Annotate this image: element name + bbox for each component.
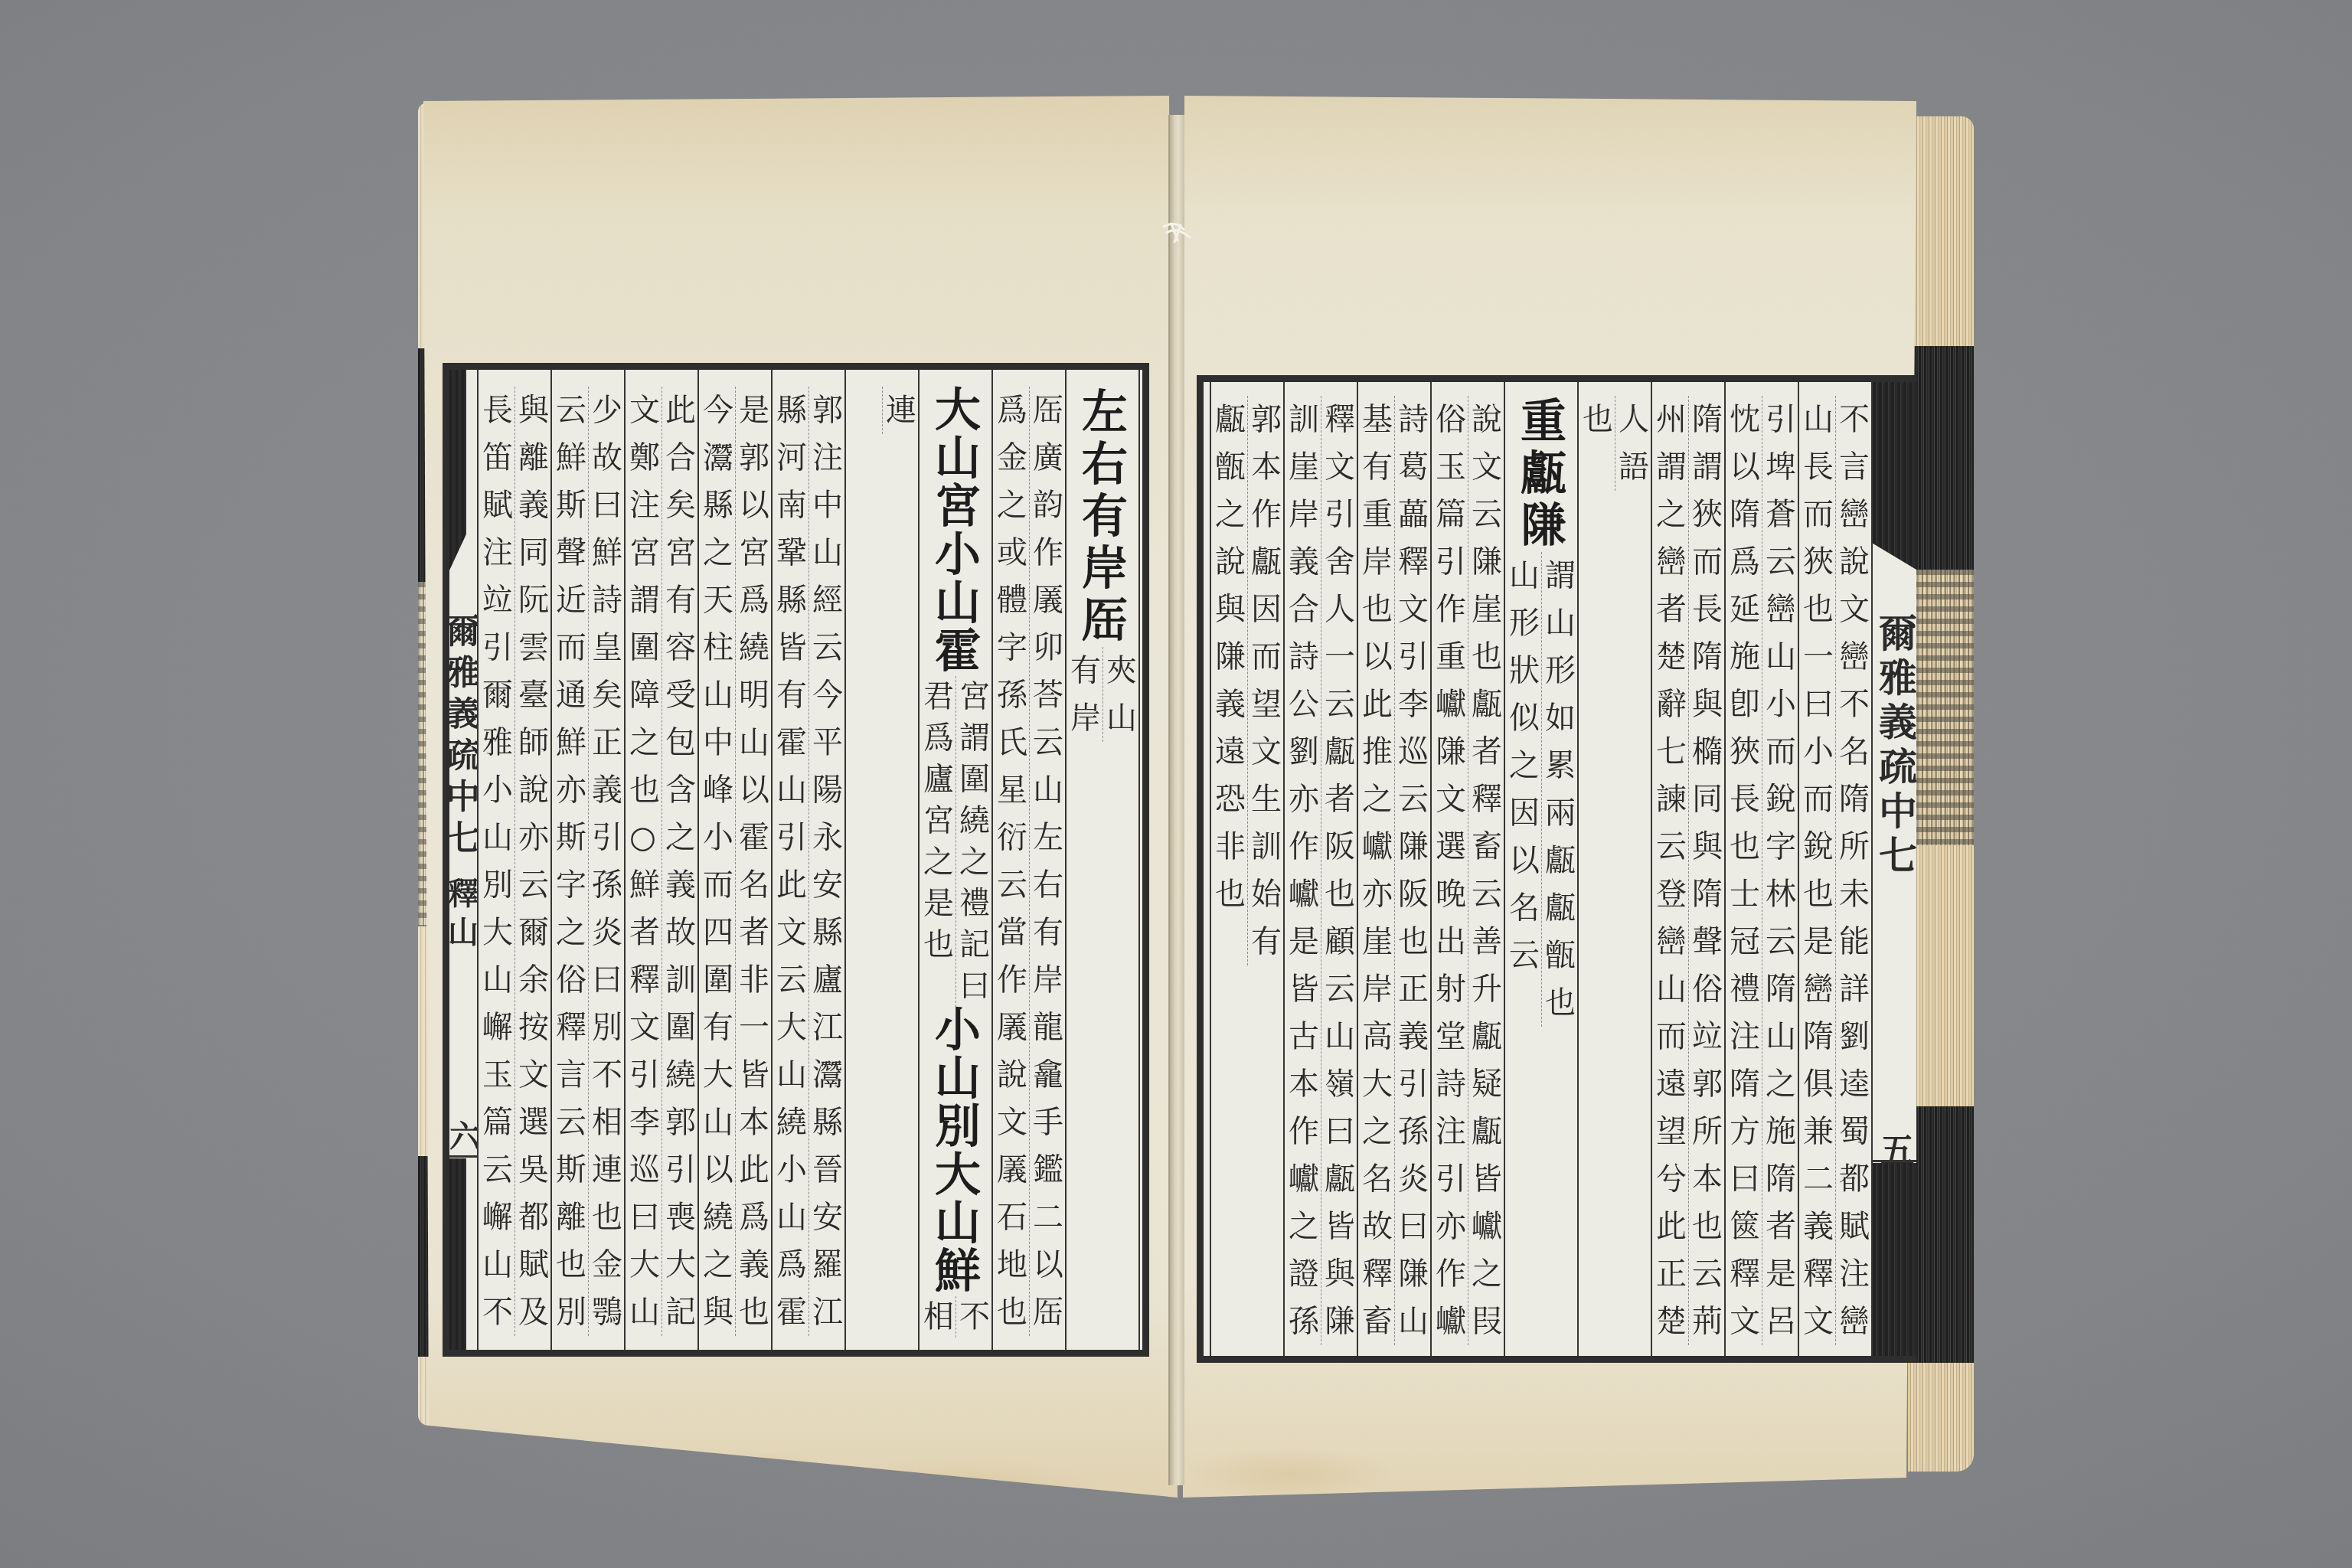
- commentary-right-subcolumn: 釋文引舍人一云甗者阪也顧云山嶺曰甗皆與隒: [1321, 396, 1356, 1345]
- right-page-stack-edges: [1908, 116, 1974, 1472]
- commentary-right-subcolumn: 詩葛藟釋文引李巡云隒阪也正義引孫炎曰隒山: [1394, 396, 1429, 1345]
- xiangbi-black-band: [1873, 1163, 1916, 1356]
- commentary-left-subcolumn: 長笛賦注竝引爾雅小山別大山嶰玉篇云嶰山不: [479, 387, 514, 1336]
- commentary-left-subcolumn: 州謂之巒者楚辭七諫云登巒山而遠望兮此正楚: [1653, 396, 1688, 1345]
- left-page-columns: 左右有岸厒 夾山 有岸 厒廣韵作㕒卯荅云山左右有岸龍龕手鑑二以厒 爲金之或體字孫…: [477, 370, 1140, 1350]
- commentary-right-subcolumn: 與離義同阮雲臺師說亦云爾余按文選吳都賦及: [514, 387, 550, 1336]
- commentary-block: 郭本作甗因而望文生訓始有 甗甑之說與隒義遠恐非也: [1212, 396, 1282, 965]
- commentary-left-subcolumn: 山長而狹也一曰小而銳也是巒隋俱兼二義釋文: [1800, 396, 1835, 1345]
- fish-tail-rule: [1873, 1160, 1916, 1162]
- commentary-block: 連: [847, 387, 917, 434]
- xiangbi-black-band: [449, 1158, 466, 1350]
- text-column: 是郭以宮爲繞明山以霍名者非一皆本此爲義也 今灊縣之天柱山中峰小而四圍有大山以繞之…: [697, 370, 771, 1350]
- commentary-block: 不言巒說文巒不名隋所未能詳劉逵蜀都賦注巒 山長而狹也一曰小而銳也是巒隋俱兼二義釋…: [1800, 396, 1870, 1345]
- banxin-book-title: 爾雅義疏中七: [449, 612, 477, 860]
- commentary-block: 人語 也: [1579, 396, 1650, 491]
- commentary-left-subcolumn: 有岸: [1067, 647, 1102, 742]
- right-page-columns: 不言巒說文巒不名隋所未能詳劉逵蜀都賦注巒 山長而狹也一曰小而銳也是巒隋俱兼二義釋…: [1210, 382, 1873, 1356]
- banxin-section-title: 釋山: [449, 875, 477, 952]
- commentary-block: 謂山形如累兩甗甗甑也 山形狀似之因以名云: [1506, 552, 1576, 1027]
- banxin-title-ink-on-edges: [1908, 570, 1974, 845]
- main-entry-text: 重甗隒: [1514, 396, 1568, 552]
- main-entry-text: 大山宮小山霍: [929, 387, 982, 676]
- commentary-right-subcolumn: 少故曰鮮詩皇矣正義引孫炎曰別不相連也金鶚: [588, 387, 623, 1336]
- commentary-right-subcolumn: 不: [955, 1296, 991, 1338]
- commentary-right-subcolumn: 說文云隒崖也甗者釋畜云善升甗疑甗皆巘之叚: [1468, 396, 1503, 1345]
- commentary-left-subcolumn: 君爲廬宮之是也: [920, 676, 955, 1007]
- commentary-block: 引埤蒼云巒山小而銳字林云隋山之施隋者是呂 忱以隋爲延施卽狹長也士冠禮注隋方曰篋釋…: [1726, 396, 1797, 1345]
- commentary-block: 是郭以宮爲繞明山以霍名者非一皆本此爲義也 今灊縣之天柱山中峰小而四圍有大山以繞之…: [700, 387, 770, 1336]
- right-page-text-frame: 不言巒說文巒不名隋所未能詳劉逵蜀都賦注巒 山長而狹也一曰小而銳也是巒隋俱兼二義釋…: [1197, 375, 1916, 1363]
- commentary-right-subcolumn: 是郭以宮爲繞明山以霍名者非一皆本此爲義也: [735, 387, 770, 1336]
- commentary-left-subcolumn: 山形狀似之因以名云: [1506, 552, 1541, 1027]
- text-column: 郭注中山經云今平陽永安縣廬江灊縣晉安羅江 縣河南鞏縣皆有霍山引此文云大山繞小山爲…: [771, 370, 844, 1350]
- commentary-left-subcolumn: 甗甑之說與隒義遠恐非也: [1212, 396, 1247, 965]
- text-column: 重甗隒 謂山形如累兩甗甗甑也 山形狀似之因以名云: [1504, 382, 1577, 1356]
- text-column: 不言巒說文巒不名隋所未能詳劉逵蜀都賦注巒 山長而狹也一曰小而銳也是巒隋俱兼二義釋…: [1798, 382, 1871, 1356]
- commentary-right-subcolumn: 夾山: [1102, 647, 1138, 742]
- main-entry-text: 左右有岸厒: [1076, 387, 1129, 647]
- commentary-block: 少故曰鮮詩皇矣正義引孫炎曰別不相連也金鶚 云鮮斯聲近而通鮮亦斯字之俗釋言云斯離也…: [553, 387, 623, 1336]
- text-column: 連: [844, 370, 918, 1350]
- commentary-right-subcolumn: 引埤蒼云巒山小而銳字林云隋山之施隋者是呂: [1762, 396, 1797, 1345]
- commentary-left-subcolumn: 縣河南鞏縣皆有霍山引此文云大山繞小山爲霍: [773, 387, 808, 1336]
- commentary-right-subcolumn: 郭本作甗因而望文生訓始有: [1247, 396, 1282, 965]
- commentary-block: 宮謂圍繞之禮記曰 君爲廬宮之是也: [920, 676, 991, 1007]
- banxin-ink-on-edges: [1908, 346, 1974, 570]
- xiangbi-black-band: [449, 370, 466, 570]
- commentary-block: 厒廣韵作㕒卯荅云山左右有岸龍龕手鑑二以厒 爲金之或體字孫氏星衍云當作㕒說文㕒石地…: [994, 387, 1064, 1336]
- commentary-right-subcolumn: 厒廣韵作㕒卯荅云山左右有岸龍龕手鑑二以厒: [1029, 387, 1064, 1336]
- text-column: 大山宮小山霍 宮謂圍繞之禮記曰 君爲廬宮之是也 小山別大山鮮 不 相: [918, 370, 991, 1350]
- commentary-block: 隋謂狹而長隋與橢同與隋聲俗竝郭所本也云荊 州謂之巒者楚辭七諫云登巒山而遠望兮此正…: [1653, 396, 1723, 1345]
- text-column: 詩葛藟釋文引李巡云隒阪也正義引孫炎曰隒山 基有重岸也以此推之巘亦崖岸高大之名故釋…: [1357, 382, 1430, 1356]
- commentary-left-subcolumn: 文鄭注宮謂圍障之也○鮮者釋文引李巡曰大山: [626, 387, 661, 1336]
- binding-thread-icon: [1161, 219, 1194, 245]
- commentary-block: 夾山 有岸: [1067, 647, 1138, 742]
- text-column: 郭本作甗因而望文生訓始有 甗甑之說與隒義遠恐非也: [1210, 382, 1283, 1356]
- commentary-right-subcolumn: 此合矣宮有容受包含之義故訓圍繞郭引喪大記: [661, 387, 697, 1336]
- commentary-left-subcolumn: 忱以隋爲延施卽狹長也士冠禮注隋方曰篋釋文: [1726, 396, 1762, 1345]
- commentary-right-subcolumn: 宮謂圍繞之禮記曰: [955, 676, 991, 1007]
- text-column: 人語 也: [1577, 382, 1651, 1356]
- main-entry-text: 小山別大山鮮: [929, 1007, 982, 1296]
- commentary-left-subcolumn: 俗玉篇引作重巘隒文選晚出射堂詩注引亦作巘: [1432, 396, 1468, 1345]
- commentary-left-subcolumn: 爲金之或體字孫氏星衍云當作㕒說文㕒石地也: [994, 387, 1029, 1336]
- commentary-block: 說文云隒崖也甗者釋畜云善升甗疑甗皆巘之叚 俗玉篇引作重巘隒文選晚出射堂詩注引亦作…: [1432, 396, 1503, 1345]
- banxin-ink-on-edges: [1908, 1106, 1974, 1363]
- text-column: 釋文引舍人一云甗者阪也顧云山嶺曰甗皆與隒 訓崖岸義合詩公劉亦作巘是皆古本作巘之證…: [1283, 382, 1357, 1356]
- commentary-right-subcolumn: 人語: [1615, 396, 1650, 491]
- right-banxin: 爾雅義疏中七 五: [1873, 382, 1916, 1356]
- commentary-left-subcolumn: [847, 387, 882, 434]
- commentary-left-subcolumn: 也: [1579, 396, 1615, 491]
- commentary-block: 不 相: [920, 1296, 991, 1338]
- commentary-left-subcolumn: 云鮮斯聲近而通鮮亦斯字之俗釋言云斯離也別: [553, 387, 588, 1336]
- fish-tail-rule: [449, 1155, 477, 1158]
- text-column: 引埤蒼云巒山小而銳字林云隋山之施隋者是呂 忱以隋爲延施卽狹長也士冠禮注隋方曰篋釋…: [1724, 382, 1798, 1356]
- commentary-left-subcolumn: 今灊縣之天柱山中峰小而四圍有大山以繞之與: [700, 387, 735, 1336]
- commentary-right-subcolumn: 郭注中山經云今平陽永安縣廬江灊縣晉安羅江: [808, 387, 844, 1336]
- commentary-block: 郭注中山經云今平陽永安縣廬江灊縣晉安羅江 縣河南鞏縣皆有霍山引此文云大山繞小山爲…: [773, 387, 844, 1336]
- commentary-right-subcolumn: 連: [882, 387, 917, 434]
- commentary-left-subcolumn: 基有重岸也以此推之巘亦崖岸高大之名故釋畜: [1359, 396, 1394, 1345]
- commentary-block: 詩葛藟釋文引李巡云隒阪也正義引孫炎曰隒山 基有重岸也以此推之巘亦崖岸高大之名故釋…: [1359, 396, 1429, 1345]
- text-column: 左右有岸厒 夾山 有岸: [1065, 370, 1138, 1350]
- text-column: 與離義同阮雲臺師說亦云爾余按文選吳都賦及 長笛賦注竝引爾雅小山別大山嶰玉篇云嶰山…: [477, 370, 550, 1350]
- left-page-text-frame: 爾雅義疏中七 釋山 六 左右有岸厒 夾山 有岸 厒廣韵作㕒卯荅云山左右有岸龍龕手…: [443, 363, 1149, 1357]
- commentary-right-subcolumn: 謂山形如累兩甗甗甑也: [1541, 552, 1576, 1027]
- left-banxin: 爾雅義疏中七 釋山 六: [449, 370, 477, 1350]
- text-column: 說文云隒崖也甗者釋畜云善升甗疑甗皆巘之叚 俗玉篇引作重巘隒文選晚出射堂詩注引亦作…: [1430, 382, 1504, 1356]
- book-gutter: [1168, 115, 1184, 1485]
- page-number: 六: [449, 1120, 477, 1154]
- commentary-right-subcolumn: 不言巒說文巒不名隋所未能詳劉逵蜀都賦注巒: [1835, 396, 1870, 1345]
- text-column: 厒廣韵作㕒卯荅云山左右有岸龍龕手鑑二以厒 爲金之或體字孫氏星衍云當作㕒說文㕒石地…: [991, 370, 1065, 1350]
- text-column: 此合矣宮有容受包含之義故訓圍繞郭引喪大記 文鄭注宮謂圍障之也○鮮者釋文引李巡曰大…: [624, 370, 697, 1350]
- text-column: 少故曰鮮詩皇矣正義引孫炎曰別不相連也金鶚 云鮮斯聲近而通鮮亦斯字之俗釋言云斯離也…: [550, 370, 624, 1350]
- banxin-book-title: 爾雅義疏中七: [1876, 612, 1916, 878]
- text-column: 隋謂狹而長隋與橢同與隋聲俗竝郭所本也云荊 州謂之巒者楚辭七諫云登巒山而遠望兮此正…: [1651, 382, 1724, 1356]
- commentary-block: 與離義同阮雲臺師說亦云爾余按文選吳都賦及 長笛賦注竝引爾雅小山別大山嶰玉篇云嶰山…: [479, 387, 550, 1336]
- commentary-right-subcolumn: 隋謂狹而長隋與橢同與隋聲俗竝郭所本也云荊: [1688, 396, 1723, 1345]
- xiangbi-black-band: [1873, 382, 1916, 570]
- commentary-left-subcolumn: 訓崖岸義合詩公劉亦作巘是皆古本作巘之證孫: [1285, 396, 1321, 1345]
- commentary-block: 釋文引舍人一云甗者阪也顧云山嶺曰甗皆與隒 訓崖岸義合詩公劉亦作巘是皆古本作巘之證…: [1285, 396, 1356, 1345]
- commentary-left-subcolumn: 相: [920, 1296, 955, 1338]
- commentary-block: 此合矣宮有容受包含之義故訓圍繞郭引喪大記 文鄭注宮謂圍障之也○鮮者釋文引李巡曰大…: [626, 387, 697, 1336]
